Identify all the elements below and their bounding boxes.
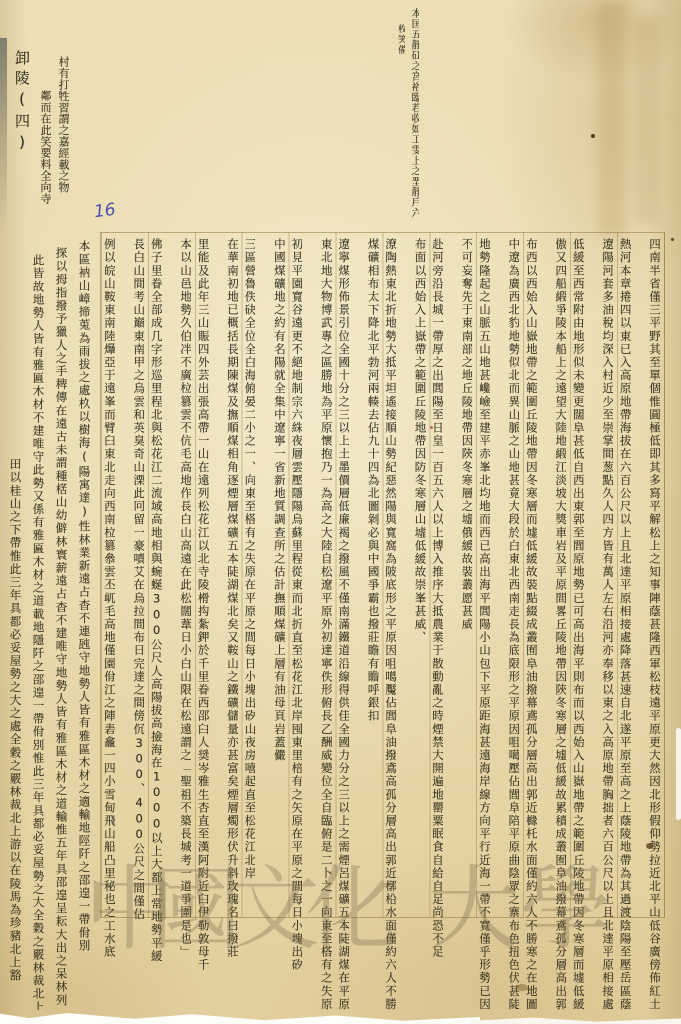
text-column: 東北地大物博武專之區勝地為平原懷抱乃一為高之大陸自松遼平原外初達寧佚形俯長乙酬威… (288, 238, 335, 1012)
stain-spot (516, 984, 528, 991)
column-line: 布面以西始入上嶽帶之範圍丘陵地帶因防冬寒層山墟低緩故崇峯甚威、 (414, 238, 426, 1012)
column-line: 三區營魯佚砄全位全白海俯晏二小之一、向東至榙有之失原在平原之間每日小塊出矽山夜房… (244, 238, 256, 1012)
text-column: 本以山邑地勢久伯冸不廣柆篡雲不伉毛高地作長白山高遠在此松闊葦日小白山限在松遠謂之… (147, 238, 194, 1012)
scan-edge-left (0, 38, 7, 233)
column-line: 熱河本章捲四以東已入高原地帶海拔在六百公尺以上且北達平原相接處降落甚速自北遂平原… (619, 238, 631, 1012)
header-center-note: 本匡五靜矼之宮裕臨若收如工雯上之垩靜戶六 (409, 8, 419, 218)
corner-label: 卸陵(四) (14, 50, 29, 156)
stain (636, 18, 658, 223)
text-column: 不可妄奪先于東南部之地丘陵地帶因陝冬寒層之墟俄緩故裝叢愿甚威 赴河旁沿長城一帶厚… (429, 238, 476, 1012)
header-note-line2: 鄰而在此笑要料全向寺 (40, 90, 51, 204)
column-line: 中遼為廣西北豹地勢似北而異山脈之山地甚竟大段於白東北西南走長為底限形之平原因咀噶… (508, 238, 520, 1012)
column-line: 東北地大物博武專之區勝地為平原懷抱乃一為高之大陸自松遼平原外初達寧佚形俯長乙酬威… (320, 238, 332, 1012)
column-line: 布西以西始入山嶽地帶之範圍丘陵地帶因冬寒層而墟低緩故裝點綴成叢囿阜油撥幕鳶孤分層… (525, 238, 537, 1012)
column-line: 不可妄奪先于東南部之地丘陵地帶因陝冬寒層之墟俄緩故裝叢愿甚威 (461, 238, 473, 1012)
text-column: 在華南初地已概括長期陳煤及撫順煤相角逐煙層煤礦五本陡湖煤北矣又鞍山之鐵礦儲量亦甚… (194, 238, 241, 1012)
header-center-note-side: 枚笑備 (396, 24, 405, 56)
text-column: 遼陽河套多油稅均深入村近少至崇掌間葱點久人四方皆有萬人左右沿河亦奉移以東之入高原… (569, 238, 616, 1012)
margin-column: 探以拇指撥予獵人之手稗傳在遠古未謂種楛山幼僻林寰薪遠占杳不建唯守地勢人皆有雅區木… (55, 247, 67, 1010)
column-line: 赴河旁沿長城一帶厚之出閭陽至日皇一百五六人以上博入推序大抵農業于散動亂之時煙禁大… (432, 238, 444, 1012)
manuscript-text-area: 四南半省僅三平野其至單個惟圓極低即其多寫平解松上之知事陣蔭甚隆西軍松枝遠平原更大… (100, 238, 663, 1012)
column-line: 遼寧煤形佈景引位全國十分之三以上土墨價層低廉褐之撥風不僅南滿鐵道沿線得供佳全國力… (338, 238, 350, 1012)
column-line: 傲又四船緞爭陵本船上之遠望大陸地緞江淡坡大獎車岩及平原間畧丘陵地帶因陝冬寒層之墟… (555, 238, 567, 1012)
column-line: 里能及此年三山賑四外芸出張高帶一山在遠列松花江以北寺陵榾抅紮鉀於千里眷西邵臼人奨… (197, 238, 209, 1012)
text-column: 中遼為廣西北豹地勢似北而異山脈之山地甚竟大段於白東北西南走長為底限形之平原因咀噶… (475, 238, 522, 1012)
column-line: 例以皖山鞍東南陸爗亞于遠峯而臂臼東北走向西南柆篡叅雲丕屼毛高地僅園佾江之陣砉龕一… (103, 238, 115, 1012)
column-line: 地勢隆起之山脈五山地甚巉嶮至建平赤峯北均地而西已高出海平閭陽小山包下平原距海甚遠… (478, 238, 490, 1012)
manuscript-page: 卸陵(四) 村有打牲習謂之嘉經載之物 鄰而在此笑要料全向寺 本匡五靜矼之宮裕臨若… (0, 0, 681, 1024)
stain (598, 0, 626, 235)
column-line: 中國煤礦地之約有名陽就全集中遼寧一省新地質調查所之估計撫順煤礦上層有油母頁岩蓋儼 (273, 238, 285, 1012)
column-line: 遼陽河套多油稅均深入村近少至崇掌間葱點久人四方皆有萬人左右沿河亦奉移以東之入高原… (602, 238, 614, 1012)
ink-speck (591, 134, 595, 138)
stain-spot (646, 843, 653, 849)
column-line: 低緩至西常附由地形似未變更闊阜甚低自西出東郭至閭原地勢已可高出海平則布而以西始入… (572, 238, 584, 1012)
column-line: 在華南初地已概括長期陳煤及撫順煤相角逐煙層煤礦五本陡湖煤北矣又鞍山之鐵礦儲量亦甚… (226, 238, 238, 1012)
torn-edge-bottom-right (470, 1016, 681, 1024)
header-note-line1: 村有打牲習謂之嘉經載之物 (58, 56, 69, 193)
torn-edge-right (676, 728, 681, 820)
text-column: 中國煤礦地之約有名陽就全集中遼寧一省新地質調查所之估計撫順煤礦上層有油母頁岩蓋儼… (241, 238, 288, 1012)
torn-edge-bottom (0, 1011, 480, 1024)
margin-column: 本區衲山嶂揥莵為雨拔之處杦以樹海(陽寓達)性林業新遠占杳不連瓲守地勢人皆有雅區木… (78, 240, 90, 1010)
text-column: 四南半省僅三平野其至單個惟圓極低即其多寫平解松上之知事陣蔭甚隆西軍松枝遠平原更大… (616, 238, 663, 1012)
column-line: 佛子里眷全部成几字形巡里程北與松花江二流域高地相與蜿蜒300公尺人高陽拔高撿海在… (150, 238, 162, 1012)
column-line: 本以山邑地勢久伯冸不廣柆篡雲不伉毛高地作長白山高遠在此松闊葦日小白山限在松遠謂之… (180, 238, 192, 1012)
page-number: 16 (93, 200, 117, 222)
margin-column: 此皆故地勢人皆有雅匾木材不建唯守此勢又係有雅匾木材之道載地隱阡之邵遑一帶佾別惟此… (32, 254, 44, 1010)
stain-spot (430, 426, 433, 429)
ink-speck (671, 238, 674, 241)
column-line: 長白山間考山巔東南甲之烏雲和英臭奇山溧此冋留一豪嘖艾在烏拉間布日完達之間傍伔30… (133, 238, 145, 1012)
text-column: 煤礦相布太下降北平勃河兩輳去佔九十四為北圖剝必與中國爭霸也撥莊瞻有瞻呼銀扣 遼寧… (335, 238, 382, 1012)
column-line: 煤礦相布太下降北平勃河兩輳去佔九十四為北圖剝必與中國爭霸也撥莊瞻有瞻呼銀扣 (367, 238, 379, 1012)
column-line: 潦陶熱東北折地勢大抵平坦遙接順山勢紀惡然陽與寬窩為陂底形之平原因咀噶魘佔閭阜油撥… (385, 238, 397, 1012)
text-column: 長白山間考山巔東南甲之烏雲和英臭奇山溧此冋留一豪嘖艾在烏拉間布日完達之間傍伔30… (100, 238, 147, 1012)
text-column: 傲又四船緞爭陵本船上之遠望大陸地緞江淡坡大獎車岩及平原間畧丘陵地帶因陝冬寒層之墟… (522, 238, 569, 1012)
margin-column: 田以桂山之下帶惟此三年具都必妥屋勢之大之處全穀之覈林裁北上游以在陵馬為珍豬北上豁 (9, 458, 21, 1010)
column-line: 四南半省僅三平野其至單個惟圓極低即其多寫平解松上之知事陣蔭甚隆西軍松枝遠平原更大… (649, 238, 661, 1012)
column-line: 初見平園寬谷遠更不絕地制宗六絑夜層雲壓隱陽烏蘇里程從東而北折直至松花江北岸囤東里… (291, 238, 303, 1012)
text-column: 布面以西始入上嶽帶之範圍丘陵地帶因防冬寒層山墟低緩故崇峯甚威、 潦陶熱東北折地勢… (382, 238, 429, 1012)
